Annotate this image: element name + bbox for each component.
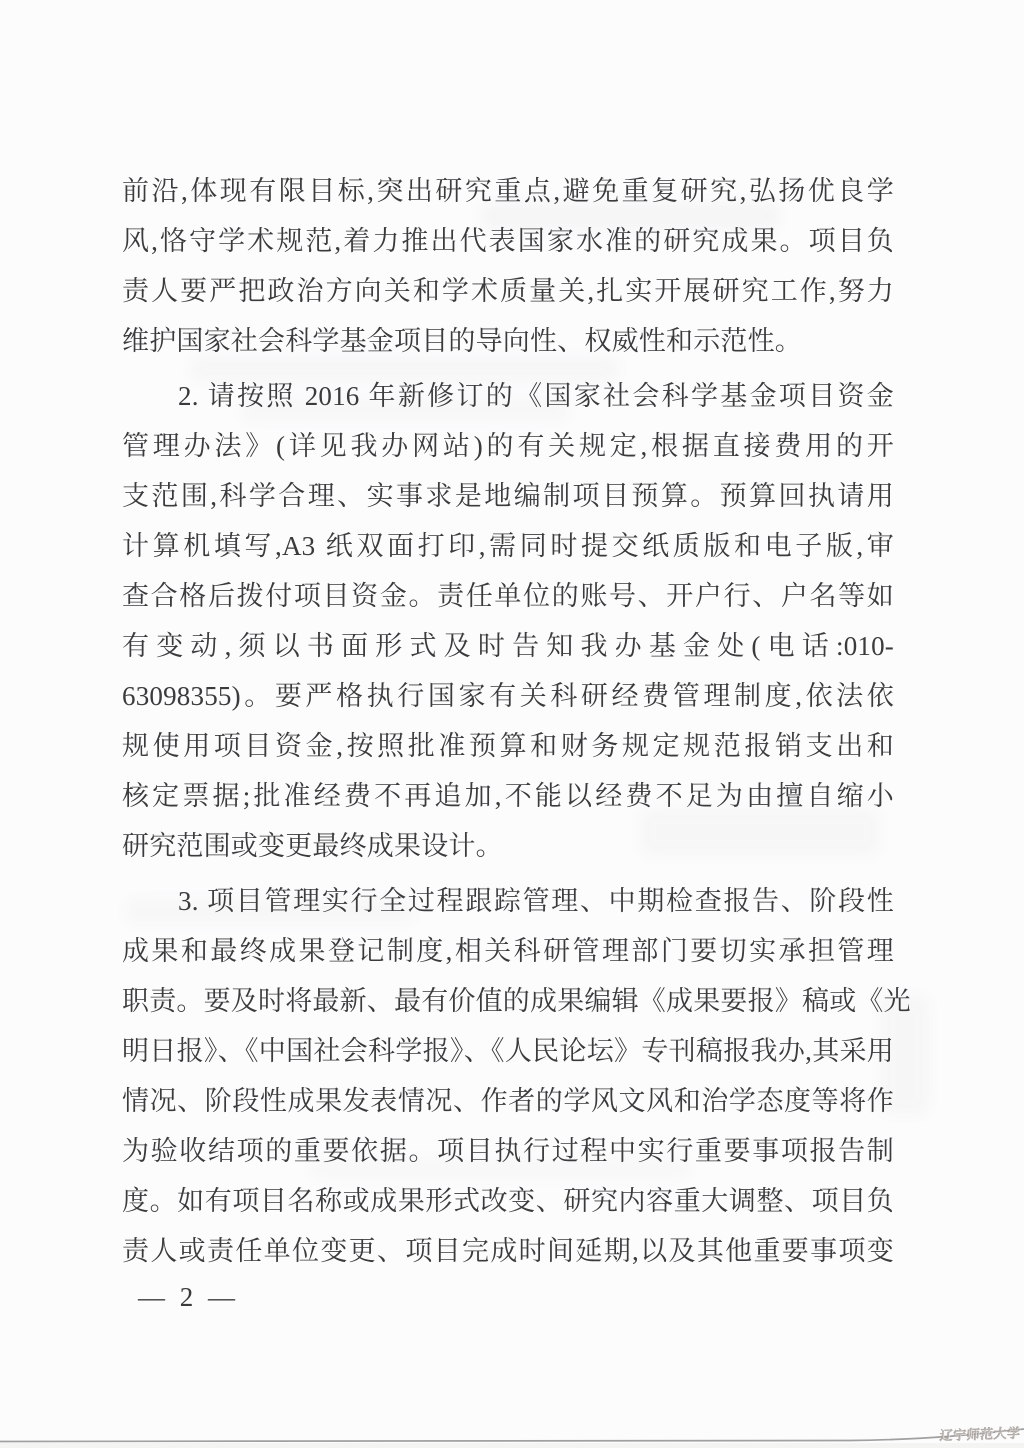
text-line: 职责。要及时将最新、最有价值的成果编辑《成果要报》稿或《光	[122, 976, 894, 1026]
text-line: 情况、阶段性成果发表情况、作者的学风文风和治学态度等将作	[122, 1076, 894, 1126]
text-line: 为验收结项的重要依据。项目执行过程中实行重要事项报告制	[122, 1126, 894, 1176]
text-line: 有变动,须以书面形式及时告知我办基金处(电话:010-	[122, 621, 894, 671]
text-line: 规使用项目资金,按照批准预算和财务规定规范报销支出和	[122, 721, 894, 771]
text-line: 研究范围或变更最终成果设计。	[122, 821, 894, 871]
text-line: 查合格后拨付项目资金。责任单位的账号、开户行、户名等如	[122, 571, 894, 621]
text-line: 明日报》、《中国社会科学报》、《人民论坛》专刊稿报我办,其采用	[122, 1026, 894, 1076]
text-line: 管理办法》(详见我办网站)的有关规定,根据直接费用的开	[122, 421, 894, 471]
scanned-document-page: 前沿,体现有限目标,突出研究重点,避免重复研究,弘扬优良学 风,恪守学术规范,着…	[0, 0, 1024, 1448]
paragraph-continuation: 前沿,体现有限目标,突出研究重点,避免重复研究,弘扬优良学 风,恪守学术规范,着…	[122, 166, 894, 366]
watermark: 辽宁师范大学	[939, 1423, 1021, 1445]
text-line: 成果和最终成果登记制度,相关科研管理部门要切实承担管理	[122, 926, 894, 976]
text-line: 计算机填写,A3 纸双面打印,需同时提交纸质版和电子版,审	[122, 521, 894, 571]
document-body: 前沿,体现有限目标,突出研究重点,避免重复研究,弘扬优良学 风,恪守学术规范,着…	[122, 166, 894, 1276]
text-line: 63098355)。要严格执行国家有关科研经费管理制度,依法依	[122, 671, 894, 721]
paragraph-item-2: 2. 请按照 2016 年新修订的《国家社会科学基金项目资金 管理办法》(详见我…	[122, 371, 894, 871]
text-line: 度。如有项目名称或成果形式改变、研究内容重大调整、项目负	[122, 1176, 894, 1226]
text-line: 维护国家社会科学基金项目的导向性、权威性和示范性。	[122, 316, 894, 366]
text-line: 责人要严把政治方向关和学术质量关,扎实开展研究工作,努力	[122, 266, 894, 316]
page-number: — 2 —	[138, 1282, 239, 1313]
text-line: 前沿,体现有限目标,突出研究重点,避免重复研究,弘扬优良学	[122, 166, 894, 216]
scanner-background	[0, 1443, 1024, 1448]
text-line: 3. 项目管理实行全过程跟踪管理、中期检查报告、阶段性	[122, 876, 894, 926]
text-line: 2. 请按照 2016 年新修订的《国家社会科学基金项目资金	[122, 371, 894, 421]
text-line: 风,恪守学术规范,着力推出代表国家水准的研究成果。项目负	[122, 216, 894, 266]
text-line: 核定票据;批准经费不再追加,不能以经费不足为由擅自缩小	[122, 771, 894, 821]
paragraph-item-3: 3. 项目管理实行全过程跟踪管理、中期检查报告、阶段性 成果和最终成果登记制度,…	[122, 876, 894, 1276]
text-line: 支范围,科学合理、实事求是地编制项目预算。预算回执请用	[122, 471, 894, 521]
text-line: 责人或责任单位变更、项目完成时间延期,以及其他重要事项变	[122, 1226, 894, 1276]
